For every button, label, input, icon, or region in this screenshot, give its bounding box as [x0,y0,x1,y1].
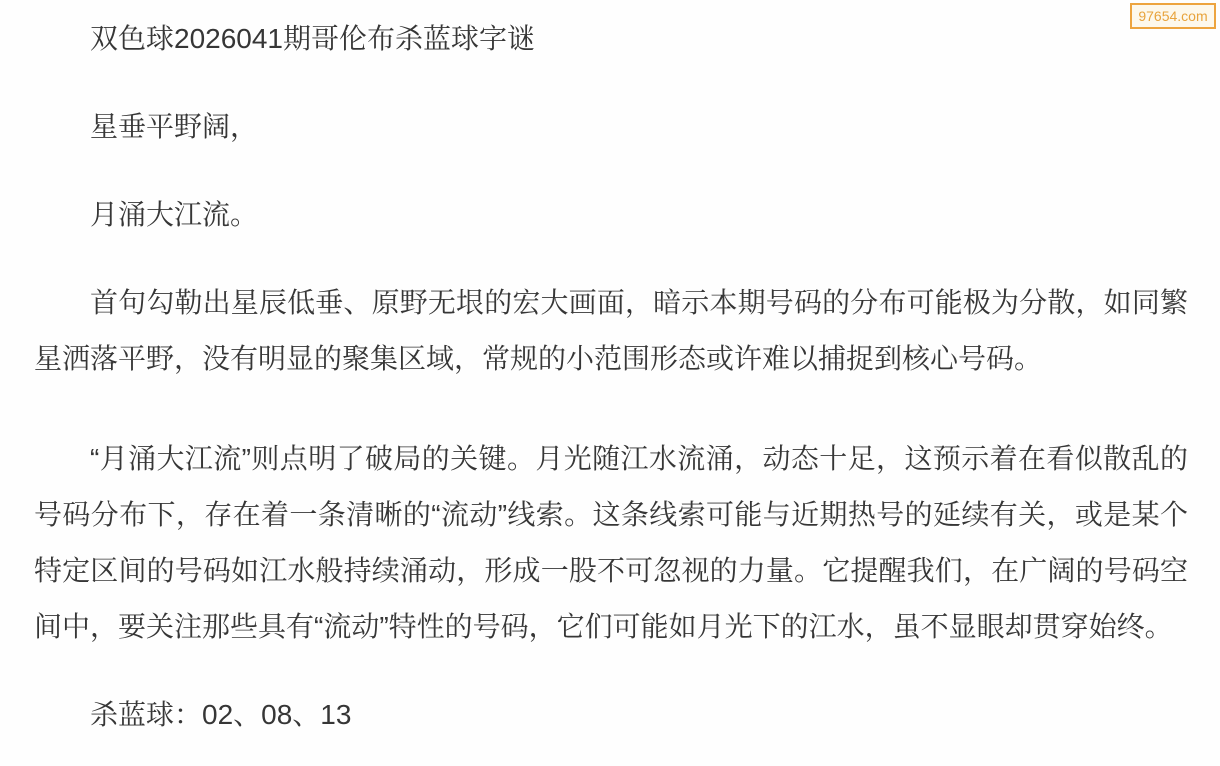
article-body: 双色球2026041期哥伦布杀蓝球字谜 星垂平野阔， 月涌大江流。 首句勾勒出星… [0,0,1220,743]
kill-blue-ball-line: 杀蓝球：02、08、13 [34,687,1188,743]
poem-line-2: 月涌大江流。 [34,187,1188,243]
analysis-paragraph-1: 首句勾勒出星辰低垂、原野无垠的宏大画面，暗示本期号码的分布可能极为分散，如同繁星… [34,275,1188,387]
article-page: 97654.com 双色球2026041期哥伦布杀蓝球字谜 星垂平野阔， 月涌大… [0,0,1220,766]
poem-line-1: 星垂平野阔， [34,99,1188,155]
site-watermark-badge: 97654.com [1130,3,1216,29]
analysis-paragraph-2: “月涌大江流”则点明了破局的关键。月光随江水流涌，动态十足，这预示着在看似散乱的… [34,431,1188,655]
article-title: 双色球2026041期哥伦布杀蓝球字谜 [34,11,1188,67]
